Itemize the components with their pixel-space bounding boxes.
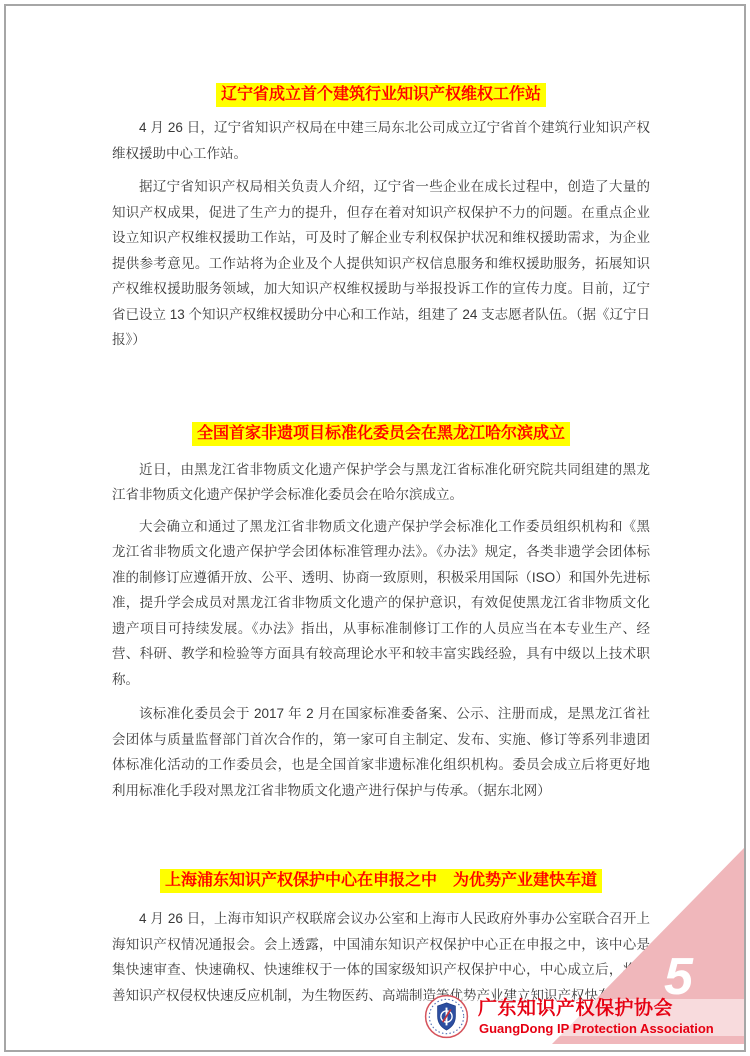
article-1-paragraph-1: 4 月 26 日，辽宁省知识产权局在中建三局东北公司成立辽宁省首个建筑行业知识产… (112, 115, 650, 166)
gdipa-badge-icon (424, 994, 469, 1039)
document-page: 辽宁省成立首个建筑行业知识产权维权工作站 4 月 26 日，辽宁省知识产权局在中… (0, 0, 750, 1056)
footer-org-name-en: GuangDong IP Protection Association (479, 1021, 714, 1036)
article-1-headline-row: 辽宁省成立首个建筑行业知识产权维权工作站 (112, 83, 650, 107)
article-2-paragraph-3: 该标准化委员会于 2017 年 2 月在国家标准委备案、公示、注册而成，是黑龙江… (112, 701, 650, 803)
article-2-headline-row: 全国首家非遗项目标准化委员会在黑龙江哈尔滨成立 (112, 422, 650, 446)
article-3-headline: 上海浦东知识产权保护中心在申报之中 为优势产业建快车道 (160, 869, 602, 893)
article-1-headline: 辽宁省成立首个建筑行业知识产权维权工作站 (216, 83, 546, 107)
article-3-paragraph-1: 4 月 26 日，上海市知识产权联席会议办公室和上海市人民政府外事办公室联合召开… (112, 906, 650, 1008)
article-2-paragraph-1: 近日，由黑龙江省非物质文化遗产保护学会与黑龙江省标准化研究院共同组建的黑龙江省非… (112, 457, 650, 508)
footer-org-name-cn: 广东知识产权保护协会 (478, 998, 673, 1020)
article-2-paragraph-2: 大会确立和通过了黑龙江省非物质文化遗产保护学会标准化工作委员组织机构和《黑龙江省… (112, 514, 650, 693)
gdipa-badge-svg (424, 994, 469, 1039)
article-3-headline-row: 上海浦东知识产权保护中心在申报之中 为优势产业建快车道 (112, 869, 650, 893)
article-1-paragraph-2: 据辽宁省知识产权局相关负责人介绍，辽宁省一些企业在成长过程中，创造了大量的知识产… (112, 174, 650, 353)
page-number: 5 (664, 950, 693, 1004)
page-content: 辽宁省成立首个建筑行业知识产权维权工作站 4 月 26 日，辽宁省知识产权局在中… (112, 0, 650, 1008)
article-2-headline: 全国首家非遗项目标准化委员会在黑龙江哈尔滨成立 (192, 422, 570, 446)
